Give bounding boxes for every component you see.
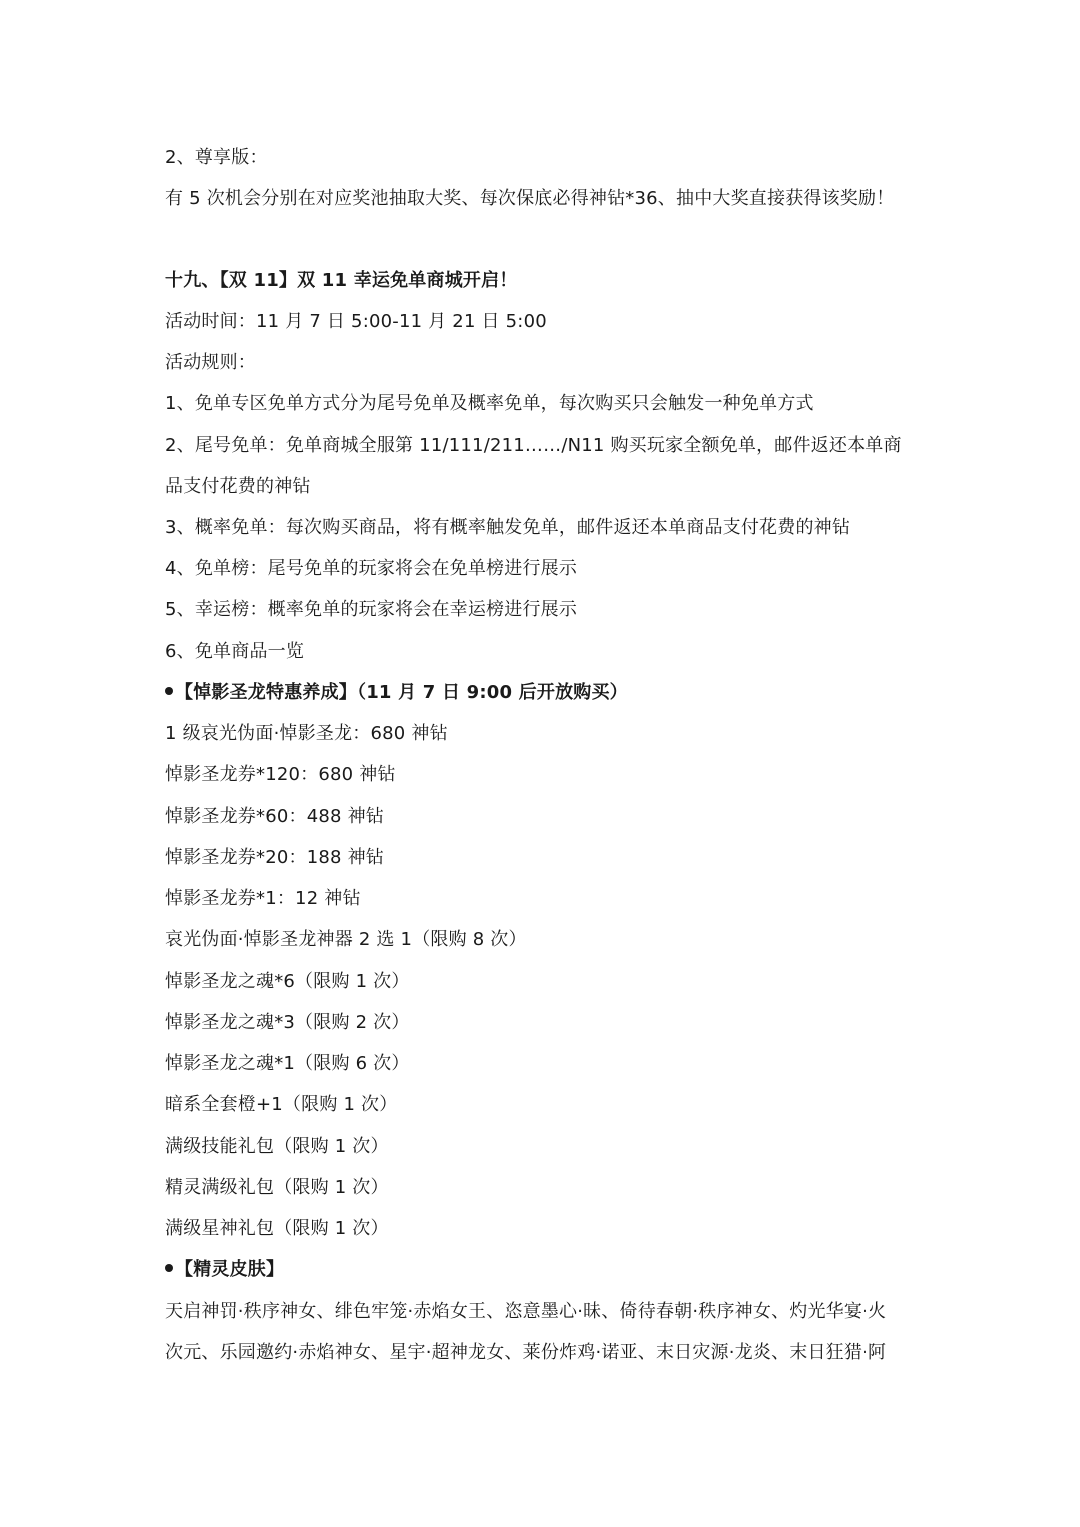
product-item: 悼影圣龙之魂*1（限购 6 次） — [165, 1052, 410, 1076]
rule-item: 1、免单专区免单方式分为尾号免单及概率免单，每次购买只会触发一种免单方式 — [165, 392, 814, 416]
product-item: 悼影圣龙券*1：12 神钻 — [165, 887, 361, 911]
product-item: 1 级哀光伪面·悼影圣龙：680 神钻 — [165, 722, 448, 746]
product-item: 精灵满级礼包（限购 1 次） — [165, 1176, 389, 1200]
group-heading-dragon: 【悼影圣龙特惠养成】（11 月 7 日 9:00 后开放购买） — [165, 681, 628, 705]
bullet-icon — [165, 1264, 173, 1272]
rule-item: 5、幸运榜：概率免单的玩家将会在幸运榜进行展示 — [165, 598, 577, 622]
item-2-heading: 2、尊享版： — [165, 146, 268, 170]
activity-time: 活动时间：11 月 7 日 5:00-11 月 21 日 5:00 — [165, 310, 547, 334]
product-item: 哀光伪面·悼影圣龙神器 2 选 1（限购 8 次） — [165, 928, 527, 952]
skin-list-line: 次元、乐园邀约·赤焰神女、星宇·超神龙女、莱份炸鸡·诺亚、末日灾源·龙炎、末日狂… — [165, 1341, 886, 1365]
product-item: 悼影圣龙之魂*3（限购 2 次） — [165, 1011, 410, 1035]
product-item: 悼影圣龙券*20：188 神钻 — [165, 846, 384, 870]
product-item: 悼影圣龙之魂*6（限购 1 次） — [165, 970, 410, 994]
skin-list-line: 天启神罚·秩序神女、绯色牢笼·赤焰女王、恣意墨心·昧、倚待春朝·秩序神女、灼光华… — [165, 1300, 886, 1324]
product-item: 满级星神礼包（限购 1 次） — [165, 1217, 389, 1241]
group-heading-text: 【精灵皮肤】 — [175, 1259, 284, 1280]
product-item: 悼影圣龙券*60：488 神钻 — [165, 805, 384, 829]
bullet-icon — [165, 687, 173, 695]
group-heading-text: 【悼影圣龙特惠养成】（11 月 7 日 9:00 后开放购买） — [175, 682, 628, 703]
item-2-text: 有 5 次机会分别在对应奖池抽取大奖、每次保底必得神钻*36、抽中大奖直接获得该… — [165, 187, 894, 211]
rule-item: 3、概率免单：每次购买商品，将有概率触发免单，邮件返还本单商品支付花费的神钻 — [165, 516, 850, 540]
rule-item-continued: 品支付花费的神钻 — [165, 475, 311, 499]
rule-item: 4、免单榜：尾号免单的玩家将会在免单榜进行展示 — [165, 557, 577, 581]
rule-item: 2、尾号免单：免单商城全服第 11/111/211……/N11 购买玩家全额免单… — [165, 434, 902, 458]
section-title: 十九、【双 11】双 11 幸运免单商城开启！ — [165, 269, 518, 293]
group-heading-skins: 【精灵皮肤】 — [165, 1258, 284, 1282]
rules-label: 活动规则： — [165, 351, 256, 375]
product-item: 满级技能礼包（限购 1 次） — [165, 1135, 389, 1159]
product-item: 暗系全套橙+1（限购 1 次） — [165, 1093, 397, 1117]
product-item: 悼影圣龙券*120：680 神钻 — [165, 763, 396, 787]
rule-item: 6、免单商品一览 — [165, 640, 304, 664]
